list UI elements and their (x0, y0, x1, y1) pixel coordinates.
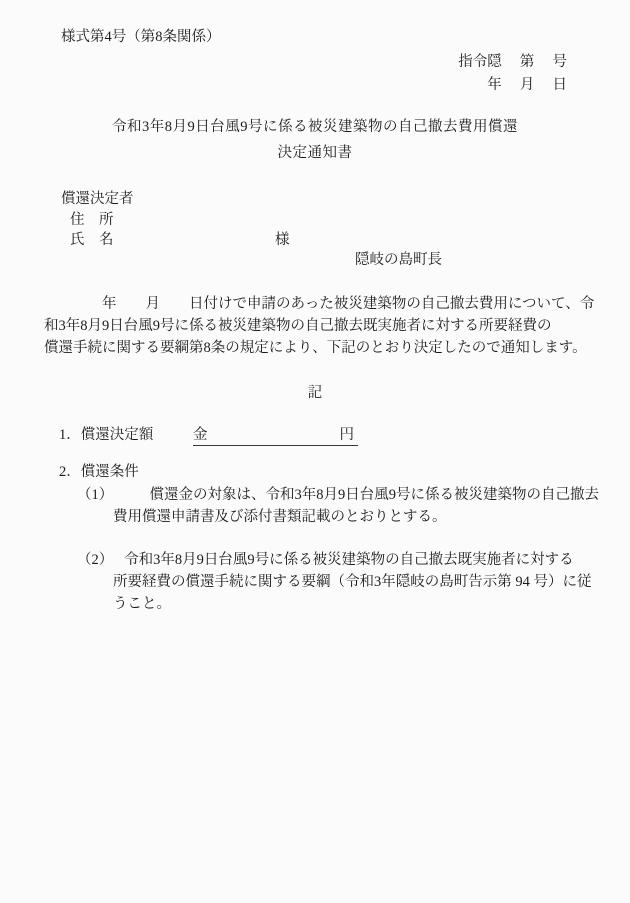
amount-blank-field: 金 円 (193, 425, 358, 446)
item2-sub2-line: 所要経費の償還手続に関する要綱（令和3年隠岐の島町告示第 94 号）に従 (113, 572, 592, 593)
item2-sub1-line: （1） 償還金の対象は、令和3年8月9日台風9号に係る被災建築物の自己撤去 (77, 485, 599, 506)
address-label: 住 所 (70, 210, 114, 231)
item2-sub2-line: うこと。 (113, 594, 171, 615)
document-title-line2: 決定通知書 (0, 143, 630, 164)
body-line: 和3年8月9日台風9号に係る被災建築物の自己撤去既実施者に対する所要経費の (44, 316, 552, 337)
item1-label: 1．償還決定額 (59, 425, 153, 446)
item2-sub1-line: 費用償還申請書及び添付書類記載のとおりとする。 (113, 507, 447, 528)
sender-title: 隠岐の島町長 (355, 250, 442, 271)
notation-ki: 記 (0, 383, 630, 404)
name-label: 氏 名 (70, 230, 114, 251)
amount-prefix: 金 (193, 425, 208, 445)
item2-sub2-line: （2） 令和3年8月9日台風9号に係る被災建築物の自己撤去既実施者に対する (77, 550, 574, 571)
amount-suffix: 円 (340, 425, 355, 445)
document-page: 様式第4号（第8条関係） 指令隠 第 号 年 月 日 令和3年8月9日台風9号に… (0, 0, 630, 903)
body-line: 償還手続に関する要綱第8条の規定により、下記のとおり決定したので通知します。 (44, 338, 587, 359)
document-title-line1: 令和3年8月9日台風9号に係る被災建築物の自己撤去費用償還 (0, 117, 630, 138)
recipient-honorific: 様 (275, 230, 290, 251)
recipient-section-heading: 償還決定者 (61, 189, 134, 210)
directive-number-line: 指令隠 第 号 (458, 52, 567, 73)
form-reference: 様式第4号（第8条関係） (61, 27, 221, 48)
item2-label: 2．償還条件 (59, 462, 139, 483)
issue-date-line: 年 月 日 (487, 75, 567, 96)
body-line: 年 月 日付けで申請のあった被災建築物の自己撤去費用について、令 (44, 294, 594, 315)
